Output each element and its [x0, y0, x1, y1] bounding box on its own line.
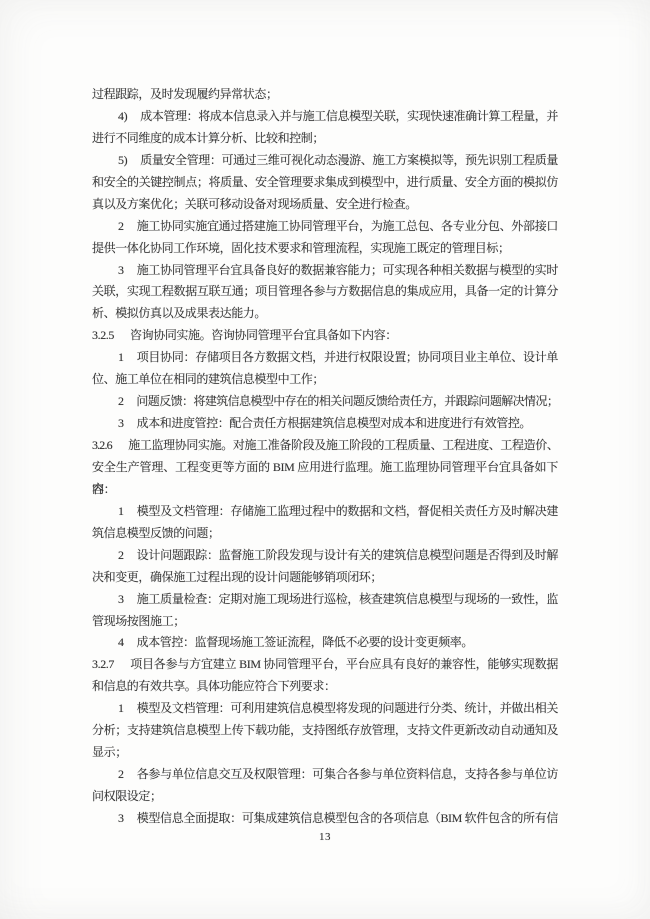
line-text: 施工监理协同实施。对施工准备阶段及施工阶段的工程质量、工程进度、工程造价、: [128, 438, 558, 452]
text-line-numbered: 3施工协同管理平台宜具备良好的数据兼容能力；可实现各种相关数据与模型的实时: [92, 260, 558, 282]
item-number: 3: [118, 811, 124, 825]
text-line-numbered: 4成本管控：监督现场施工签证流程，降低不必要的设计变更频率。: [92, 632, 558, 654]
text-line-numbered: 1模型及文档管理：可利用建筑信息模型将发现的问题进行分类、统计，并做出相关: [92, 698, 558, 720]
line-text: 项目协同：存储项目各方数据文档，并进行权限设置；协同项目业主单位、设计单: [137, 350, 558, 364]
text-line: 安全生产管理、工程变更等方面的 BIM 应用进行监理。施工监理协同管理平台宜具备…: [92, 457, 558, 479]
line-text: 质量安全管理：可通过三维可视化动态漫游、施工方案模拟等，预先识别工程质量: [140, 153, 558, 167]
line-text: 咨询协同实施。咨询协同管理平台宜具备如下内容：: [130, 328, 397, 342]
line-text: 成本和进度管控：配合责任方根据建筑信息模型对成本和进度进行有效管控。: [137, 416, 531, 430]
text-line: 决和变更，确保施工过程出现的设计问题能够销项闭环；: [92, 567, 558, 589]
item-number: 3: [118, 263, 124, 277]
text-line-numbered: 3成本和进度管控：配合责任方根据建筑信息模型对成本和进度进行有效管控。: [92, 413, 558, 435]
text-line-numbered: 3施工质量检查：定期对施工现场进行巡检，核查建筑信息模型与现场的一致性，监: [92, 589, 558, 611]
text-line: 析、模拟仿真以及成果表达能力。: [92, 303, 558, 325]
text-line: 关联，实现工程数据互联互通；项目管理各参与方数据信息的集成应用，具备一定的计算分: [92, 281, 558, 303]
line-text: 设计问题跟踪：监督施工阶段发现与设计有关的建筑信息模型问题是否得到及时解: [137, 548, 558, 562]
line-text: 模型及文档管理：可利用建筑信息模型将发现的问题进行分类、统计，并做出相关: [137, 701, 558, 715]
line-text: 施工质量检查：定期对施工现场进行巡检，核查建筑信息模型与现场的一致性，监: [137, 592, 558, 606]
section-number: 3.2.7: [92, 657, 114, 671]
item-number: 2: [118, 219, 124, 233]
page-number: 13: [92, 827, 558, 849]
section-number: 3.2.5: [92, 328, 114, 342]
line-text: 成本管理：将成本信息录入并与施工信息模型关联，实现快速准确计算工程量，并: [140, 109, 558, 123]
line-text: 施工协同管理平台宜具备良好的数据兼容能力；可实现各种相关数据与模型的实时: [137, 263, 558, 277]
text-line-numbered: 3.2.6施工监理协同实施。对施工准备阶段及施工阶段的工程质量、工程进度、工程造…: [92, 435, 558, 457]
text-block: 过程跟踪，及时发现履约异常状态；4)成本管理：将成本信息录入并与施工信息模型关联…: [92, 84, 558, 830]
text-line: 显示；: [92, 742, 558, 764]
text-line-numbered: 2问题反馈：将建筑信息模型中存在的相关问题反馈给责任方，并跟踪问题解决情况；: [92, 391, 558, 413]
text-line: 管现场按图施工；: [92, 611, 558, 633]
line-text: 模型信息全面提取：可集成建筑信息模型包含的各项信息（BIM 软件包含的所有信: [137, 811, 558, 825]
line-text: 各参与单位信息交互及权限管理：可集合各参与单位资料信息，支持各参与单位访: [137, 767, 558, 781]
text-line-numbered: 2各参与单位信息交互及权限管理：可集合各参与单位资料信息，支持各参与单位访: [92, 764, 558, 786]
text-line: 进行不同维度的成本计算分析、比较和控制；: [92, 128, 558, 150]
text-line-numbered: 1项目协同：存储项目各方数据文档，并进行权限设置；协同项目业主单位、设计单: [92, 347, 558, 369]
line-text: 成本管控：监督现场施工签证流程，降低不必要的设计变更频率。: [137, 635, 473, 649]
item-number: 3: [118, 416, 124, 430]
line-text: 问题反馈：将建筑信息模型中存在的相关问题反馈给责任方，并跟踪问题解决情况；: [136, 394, 558, 408]
line-text: 项目各参与方宜建立 BIM 协同管理平台，平台应具有良好的兼容性，能够实现数据: [130, 657, 558, 671]
text-line-numbered: 4)成本管理：将成本信息录入并与施工信息模型关联，实现快速准确计算工程量，并: [92, 106, 558, 128]
item-number: 1: [118, 504, 124, 518]
line-text: 模型及文档管理：存储施工监理过程中的数据和文档，督促相关责任方及时解决建: [137, 504, 558, 518]
text-line: 提供一体化协同工作环境，固化技术要求和管理流程，实现施工既定的管理目标；: [92, 238, 558, 260]
text-line: 筑信息模型反馈的问题；: [92, 523, 558, 545]
item-number: 5): [118, 153, 127, 167]
item-number: 2: [118, 767, 124, 781]
text-line: 和信息的有效共享。具体功能应符合下列要求：: [92, 676, 558, 698]
item-number: 1: [118, 701, 124, 715]
text-line-numbered: 5)质量安全管理：可通过三维可视化动态漫游、施工方案模拟等，预先识别工程质量: [92, 150, 558, 172]
text-line: 分析；支持建筑信息模型上传下载功能，支持图纸存放管理，支持文件更新改动自动通知及: [92, 720, 558, 742]
text-line: 位、施工单位在相同的建筑信息模型中工作；: [92, 369, 558, 391]
item-number: 2: [118, 548, 124, 562]
item-number: 4): [118, 109, 127, 123]
text-line: 容：: [92, 479, 558, 501]
item-number: 3: [118, 592, 124, 606]
text-line-numbered: 2设计问题跟踪：监督施工阶段发现与设计有关的建筑信息模型问题是否得到及时解: [92, 545, 558, 567]
document-page: 过程跟踪，及时发现履约异常状态；4)成本管理：将成本信息录入并与施工信息模型关联…: [0, 0, 650, 919]
text-line-numbered: 3.2.5咨询协同实施。咨询协同管理平台宜具备如下内容：: [92, 325, 558, 347]
item-number: 2: [118, 394, 123, 408]
section-number: 3.2.6: [92, 438, 112, 452]
text-line: 过程跟踪，及时发现履约异常状态；: [92, 84, 558, 106]
text-line-numbered: 1模型及文档管理：存储施工监理过程中的数据和文档，督促相关责任方及时解决建: [92, 501, 558, 523]
item-number: 1: [118, 350, 124, 364]
text-line-numbered: 2施工协同实施宜通过搭建施工协同管理平台，为施工总包、各专业分包、外部接口: [92, 216, 558, 238]
text-line: 真以及方案优化；关联可移动设备对现场质量、安全进行检查。: [92, 194, 558, 216]
item-number: 4: [118, 635, 124, 649]
line-text: 施工协同实施宜通过搭建施工协同管理平台，为施工总包、各专业分包、外部接口: [137, 219, 558, 233]
text-line: 问权限设定；: [92, 786, 558, 808]
text-line: 和安全的关键控制点；将质量、安全管理要求集成到模型中，进行质量、安全方面的模拟仿: [92, 172, 558, 194]
text-line-numbered: 3.2.7项目各参与方宜建立 BIM 协同管理平台，平台应具有良好的兼容性，能够…: [92, 654, 558, 676]
